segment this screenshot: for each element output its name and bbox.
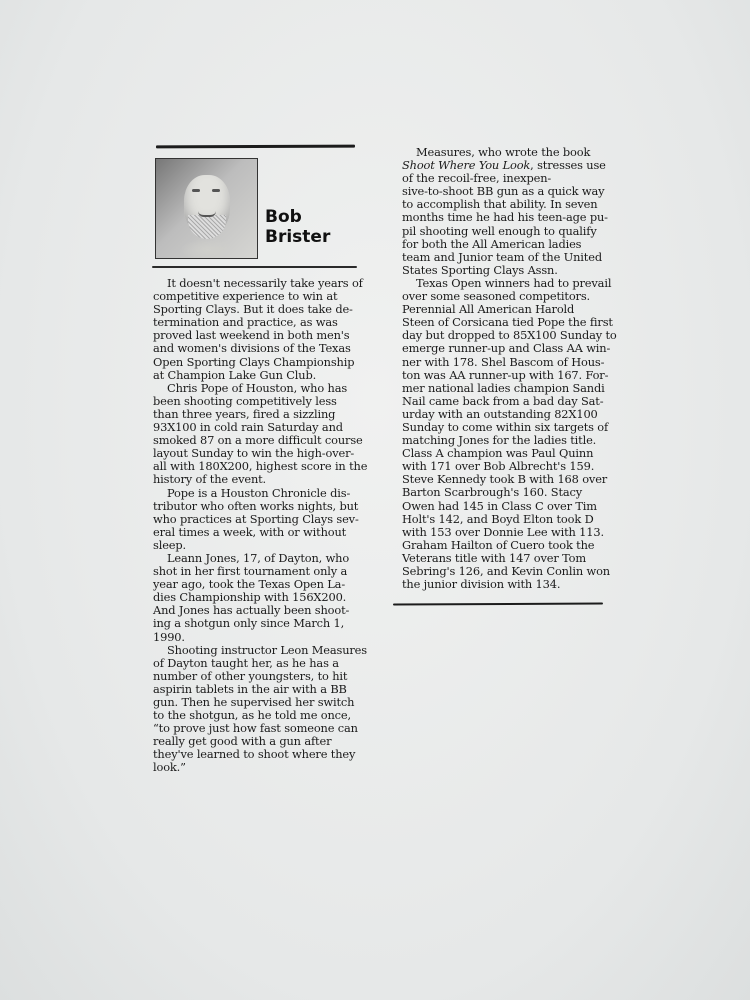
article-line: Barton Scarbrough's 160. Stacy bbox=[402, 486, 607, 499]
article-line: ner with 178. Shel Bascom of Hous- bbox=[402, 356, 607, 369]
author-first-name: Bob bbox=[265, 207, 330, 227]
article-line: emerge runner-up and Class AA win- bbox=[402, 342, 607, 355]
article-line: the junior division with 134. bbox=[402, 578, 607, 591]
article-line: Open Sporting Clays Championship bbox=[153, 356, 363, 369]
article-column-right: Measures, who wrote the bookShoot Where … bbox=[402, 146, 607, 591]
article-line: with 153 over Donnie Lee with 113. bbox=[402, 526, 607, 539]
article-line: 1990. bbox=[153, 631, 363, 644]
article-line: mer national ladies champion Sandi bbox=[402, 382, 607, 395]
article-line: of Dayton taught her, as he has a bbox=[153, 657, 363, 670]
article-line: team and Junior team of the United bbox=[402, 251, 607, 264]
article-line: number of other youngsters, to hit bbox=[153, 670, 363, 683]
article-line: Chris Pope of Houston, who has bbox=[153, 382, 363, 395]
article-line: look.” bbox=[153, 761, 363, 774]
newspaper-clipping: Bob Brister It doesn't necessarily take … bbox=[0, 0, 750, 1000]
article-line: Graham Hailton of Cuero took the bbox=[402, 539, 607, 552]
book-title: Shoot Where You Look bbox=[402, 158, 530, 172]
article-line: eral times a week, with or without bbox=[153, 526, 363, 539]
article-line: history of the event. bbox=[153, 473, 363, 486]
article-line: sleep. bbox=[153, 539, 363, 552]
article-line: Owen had 145 in Class C over Tim bbox=[402, 500, 607, 513]
article-line: ing a shotgun only since March 1, bbox=[153, 617, 363, 630]
header-rule bbox=[156, 145, 355, 149]
article-line: who practices at Sporting Clays sev- bbox=[153, 513, 363, 526]
article-line: Shooting instructor Leon Measures bbox=[153, 644, 363, 657]
photo-beard bbox=[188, 215, 226, 239]
author-byline: Bob Brister bbox=[265, 207, 330, 247]
photo-eye-left bbox=[192, 189, 200, 192]
article-line: tributor who often works nights, but bbox=[153, 500, 363, 513]
article-line: Pope is a Houston Chronicle dis- bbox=[153, 487, 363, 500]
byline-rule bbox=[152, 266, 357, 268]
article-line: for both the All American ladies bbox=[402, 238, 607, 251]
article-line: and women's divisions of the Texas bbox=[153, 342, 363, 355]
article-line: ton was AA runner-up with 167. For- bbox=[402, 369, 607, 382]
article-line: pil shooting well enough to qualify bbox=[402, 225, 607, 238]
article-column-left: It doesn't necessarily take years ofcomp… bbox=[153, 277, 363, 775]
photo-eye-right bbox=[212, 189, 220, 192]
article-line: at Champion Lake Gun Club. bbox=[153, 369, 363, 382]
author-last-name: Brister bbox=[265, 227, 330, 247]
author-photo bbox=[155, 158, 258, 259]
article-line: urday with an outstanding 82X100 bbox=[402, 408, 607, 421]
article-line: States Sporting Clays Assn. bbox=[402, 264, 607, 277]
article-line: Nail came back from a bad day Sat- bbox=[402, 395, 607, 408]
article-line: been shooting competitively less bbox=[153, 395, 363, 408]
article-line: months time he had his teen-age pu- bbox=[402, 211, 607, 224]
end-rule bbox=[393, 602, 603, 605]
article-line-text: , stresses use bbox=[530, 158, 606, 172]
article-line: Holt's 142, and Boyd Elton took D bbox=[402, 513, 607, 526]
